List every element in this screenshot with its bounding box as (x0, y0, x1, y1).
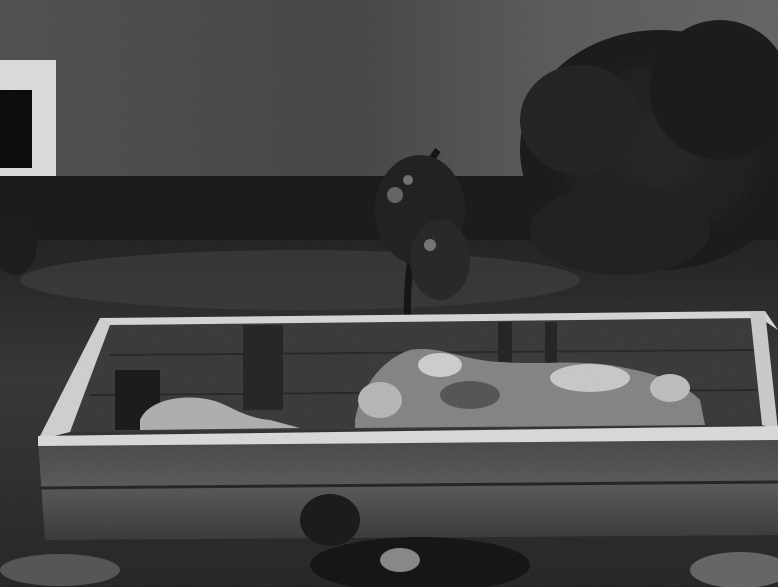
photograph (0, 0, 778, 587)
window (0, 60, 56, 182)
wooden-box (38, 311, 778, 540)
scene (0, 0, 778, 587)
